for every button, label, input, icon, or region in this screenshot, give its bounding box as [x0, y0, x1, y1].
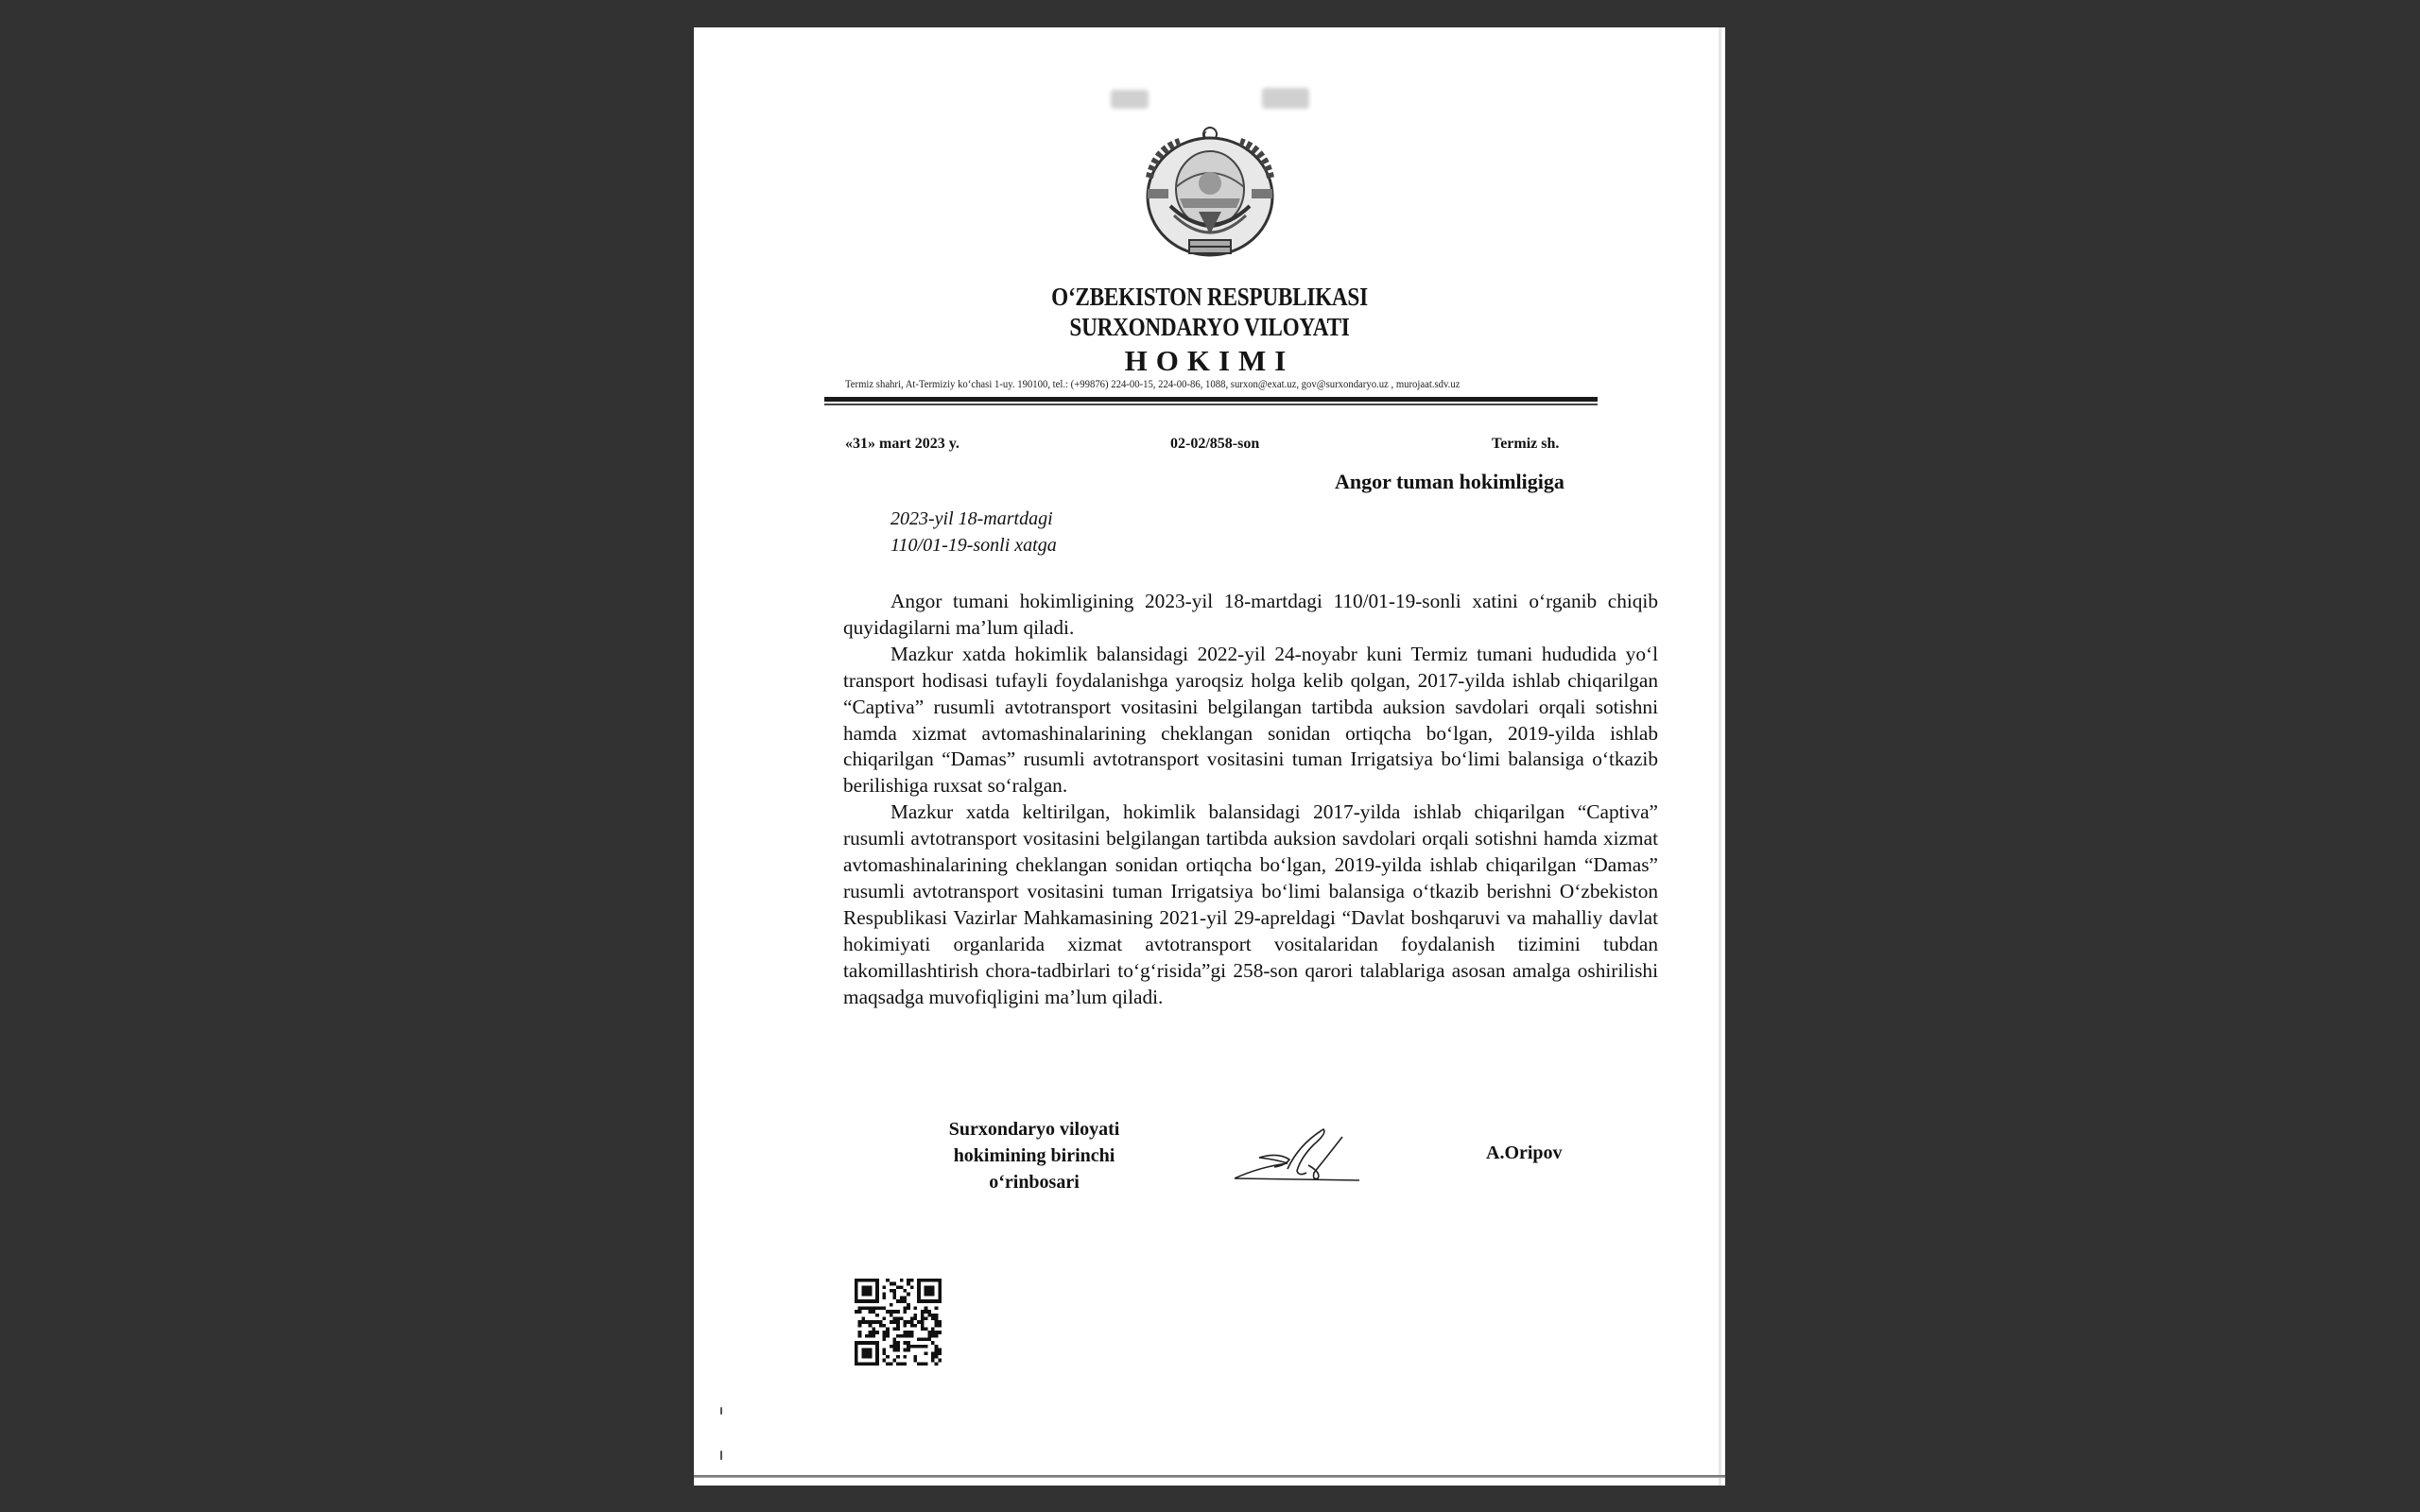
- page-edge: [1719, 27, 1721, 1486]
- scan-speck: [720, 1451, 722, 1460]
- qr-code-icon: [855, 1279, 942, 1366]
- reference-line: 2023-yil 18-martdagi: [890, 506, 1057, 532]
- scan-smudge: [1262, 88, 1309, 109]
- scan-smudge: [1111, 90, 1149, 109]
- state-emblem-of-uzbekistan-icon: [1142, 121, 1278, 261]
- scan-speck: [720, 1407, 722, 1415]
- letterhead-region: SURXONDARYO VILOYATI: [766, 313, 1652, 342]
- recipient: Angor tuman hokimligiga: [1335, 470, 1564, 494]
- body-paragraph: Mazkur xatda hokimlik balansidagi 2022-y…: [843, 642, 1658, 799]
- document-page: O‘ZBEKISTON RESPUBLIKASI SURXONDARYO VIL…: [694, 27, 1725, 1486]
- letterhead-divider: [824, 404, 1598, 405]
- page-edge: [694, 1475, 1725, 1478]
- signatory-title: Surxondaryo viloyati hokimining birinchi…: [925, 1116, 1143, 1195]
- document-number: 02-02/858-son: [1170, 436, 1259, 453]
- letter-body: Angor tumani hokimligining 2023-yil 18-m…: [843, 589, 1658, 1011]
- signatory-title-line: Surxondaryo viloyati: [925, 1116, 1143, 1143]
- letterhead-address: Termiz shahri, At-Termiziy ko‘chasi 1-uy…: [845, 379, 1542, 390]
- body-paragraph: Mazkur xatda keltirilgan, hokimlik balan…: [843, 799, 1658, 1010]
- reference-note: 2023-yil 18-martdagi 110/01-19-sonli xat…: [890, 506, 1057, 558]
- signatory-title-line: o‘rinbosari: [925, 1169, 1143, 1195]
- document-date: «31» mart 2023 y.: [845, 436, 959, 453]
- letterhead-divider: [824, 397, 1598, 402]
- handwritten-signature-icon: [1231, 1125, 1363, 1184]
- signatory-title-line: hokimining birinchi: [925, 1143, 1143, 1169]
- signatory-name: A.Oripov: [1486, 1143, 1563, 1164]
- letterhead-country: O‘ZBEKISTON RESPUBLIKASI: [766, 283, 1652, 312]
- body-paragraph: Angor tumani hokimligining 2023-yil 18-m…: [843, 589, 1658, 642]
- document-place: Termiz sh.: [1492, 436, 1559, 453]
- reference-line: 110/01-19-sonli xatga: [890, 532, 1057, 558]
- letterhead-office: HOKIMI: [694, 344, 1725, 378]
